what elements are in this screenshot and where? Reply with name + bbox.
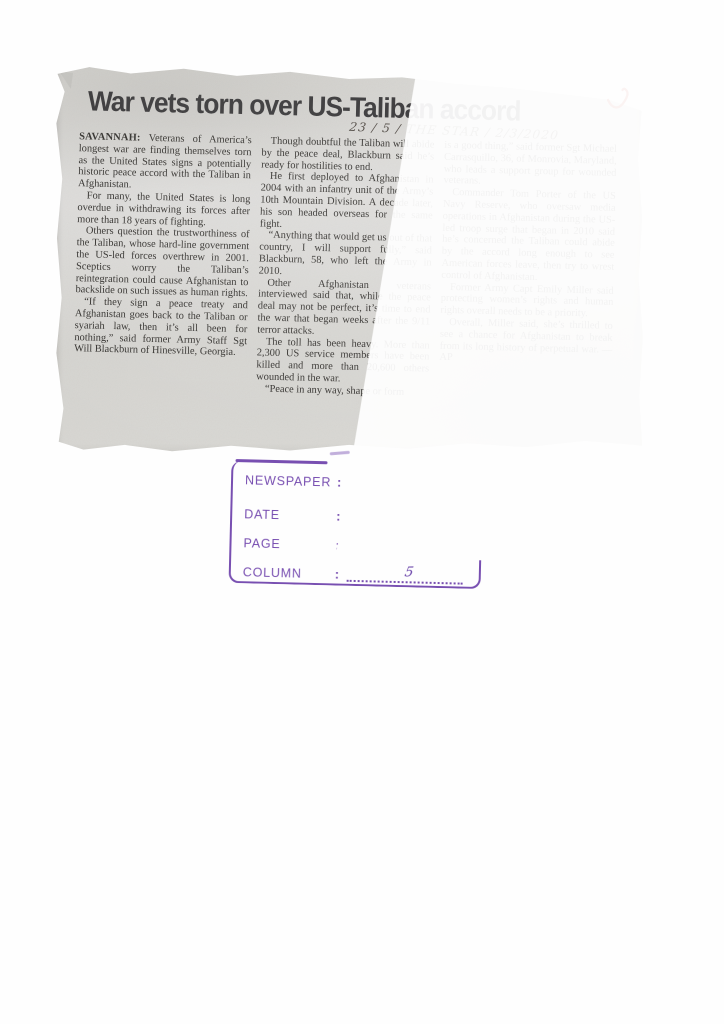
- handwritten-column-number: 5: [404, 564, 416, 580]
- stamp-label-newspaper: NEWSPAPER: [245, 473, 337, 489]
- stamp-smudge-mark: [330, 451, 350, 455]
- paragraph: For many, the United States is long over…: [77, 190, 250, 229]
- stamp-row-page: PAGE : 23: [243, 521, 470, 556]
- paragraph: Others question the trustworthiness of t…: [75, 226, 249, 301]
- paragraph: “If they sign a peace treaty and Afghani…: [74, 296, 248, 359]
- scanned-page: War vets torn over US-Taliban accord 23 …: [0, 0, 724, 1024]
- stamp-colon: :: [335, 566, 347, 581]
- stamp-label-column: COLUMN: [243, 565, 335, 581]
- stamp-label-date: DATE: [244, 507, 336, 523]
- library-stamp: NEWSPAPER : THE STAR DATE : 2/3/2020 PAG…: [229, 461, 484, 589]
- article-column-1: SAVANNAH: Veterans of America’s longest …: [73, 131, 252, 395]
- dateline: SAVANNAH:: [79, 131, 141, 143]
- stamp-dotted-line: 5: [347, 560, 464, 585]
- paragraph: SAVANNAH: Veterans of America’s longest …: [78, 131, 252, 194]
- stamp-dotted-line: 23: [347, 531, 464, 556]
- stamp-border-segment: [236, 459, 328, 464]
- stamp-label-page: PAGE: [243, 536, 335, 552]
- torn-corner-fold: [57, 71, 73, 89]
